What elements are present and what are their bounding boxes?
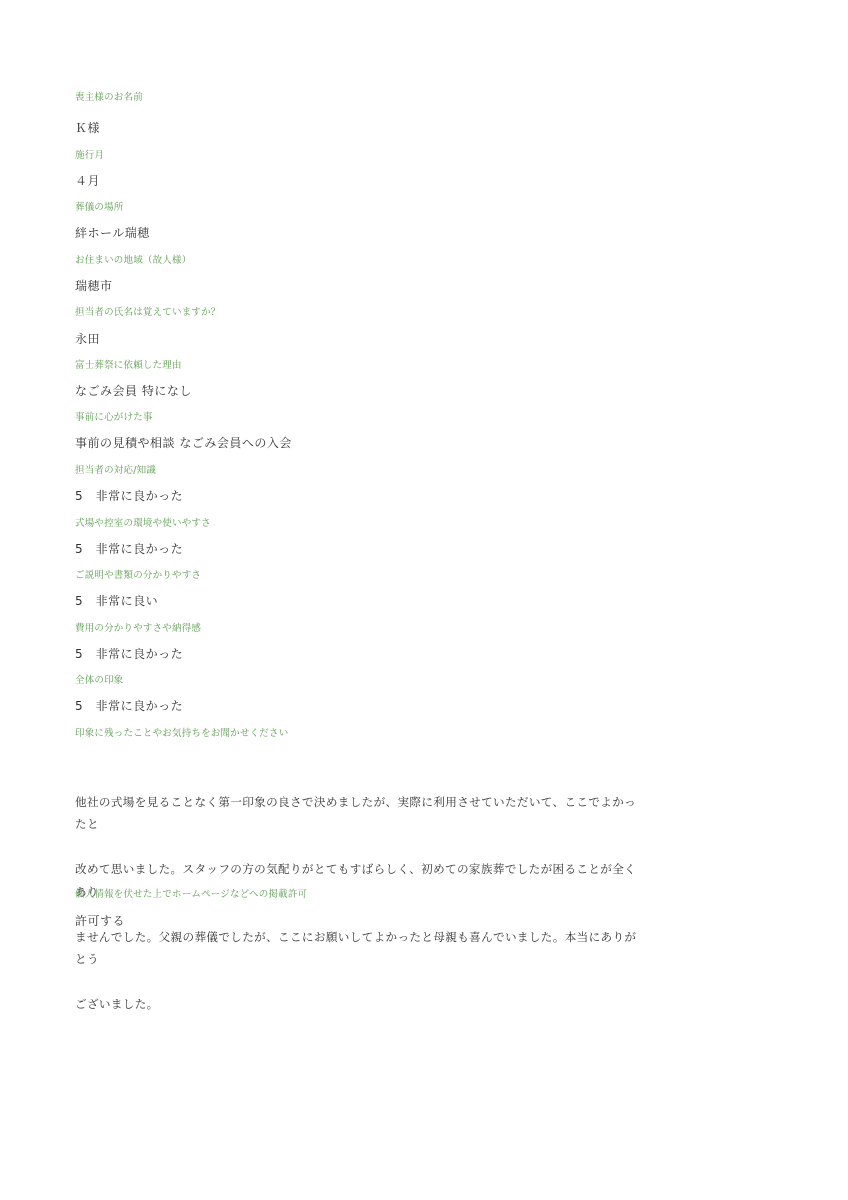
field-label-comments: 印象に残ったことやお気持ちをお聞かせください <box>75 725 288 739</box>
field-value-chief-mourner-name: Ｋ様 <box>75 119 100 136</box>
field-label-residence-area: お住まいの地域（故人様） <box>75 252 191 266</box>
field-value-funeral-location: 絆ホール瑞穂 <box>75 224 150 241</box>
field-value-cost-clarity: 5 非常に良かった <box>75 645 183 662</box>
comment-text: 他社の式場を見ることなく第一印象の良さで決めましたが、実際に利用させていただいて… <box>75 768 645 1038</box>
field-label-overall-impression: 全体の印象 <box>75 672 124 686</box>
field-value-advance-preparation: 事前の見積や相談 なごみ会員への入会 <box>75 434 292 451</box>
comment-line: ませんでした。父親の葬儀でしたが、ここにお願いしてよかったと母親も喜んでいました… <box>75 926 645 971</box>
field-value-publication-permission: 許可する <box>75 912 125 929</box>
field-label-staff-response: 担当者の対応/知識 <box>75 462 156 476</box>
field-label-venue-environment: 式場や控室の環境や使いやすさ <box>75 515 211 529</box>
field-label-publication-permission: 個人情報を伏せた上でホームページなどへの掲載許可 <box>75 886 307 900</box>
field-value-reason-for-request: なごみ会員 特になし <box>75 382 192 399</box>
field-label-funeral-location: 葬儀の場所 <box>75 199 124 213</box>
field-label-chief-mourner-name: 喪主様のお名前 <box>75 89 143 103</box>
field-value-venue-environment: 5 非常に良かった <box>75 540 183 557</box>
field-label-staff-name: 担当者の氏名は覚えていますか？ <box>75 304 221 318</box>
comment-line: 他社の式場を見ることなく第一印象の良さで決めましたが、実際に利用させていただいて… <box>75 791 645 836</box>
field-label-service-month: 施行月 <box>75 147 104 161</box>
field-value-service-month: ４月 <box>75 172 100 189</box>
field-value-explanation-clarity: 5 非常に良い <box>75 592 158 609</box>
field-value-staff-name: 永田 <box>75 330 100 347</box>
field-label-reason-for-request: 富士葬祭に依頼した理由 <box>75 357 182 371</box>
field-value-overall-impression: 5 非常に良かった <box>75 697 183 714</box>
field-label-advance-preparation: 事前に心がけた事 <box>75 409 153 423</box>
field-value-staff-response: 5 非常に良かった <box>75 487 183 504</box>
field-label-cost-clarity: 費用の分かりやすさや納得感 <box>75 620 201 634</box>
field-label-explanation-clarity: ご説明や書類の分かりやすさ <box>75 567 201 581</box>
field-value-residence-area: 瑞穂市 <box>75 277 113 294</box>
comment-line: ございました。 <box>75 993 645 1016</box>
